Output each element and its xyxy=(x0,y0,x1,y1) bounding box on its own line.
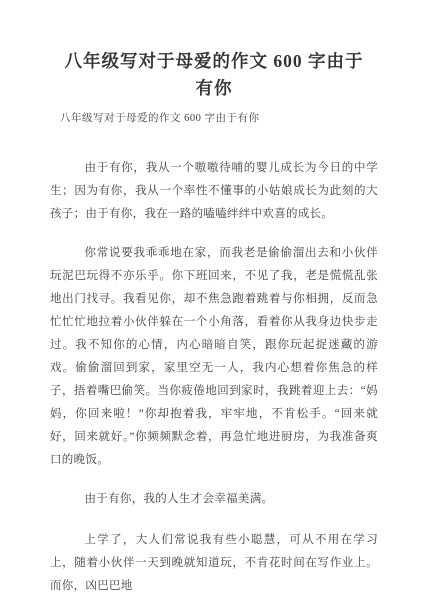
essay-title-line-2: 有你 xyxy=(50,75,378,102)
document-page: 八年级写对于母爱的作文 600 字由于 有你 八年级写对于母爱的作文 600 字… xyxy=(0,0,423,600)
essay-paragraph: 由于有你，我从一个嗷嗷待哺的婴儿成长为今日的中学生；因为有你，我从一个率性不懂事… xyxy=(50,157,378,226)
essay-title: 八年级写对于母爱的作文 600 字由于 有你 xyxy=(50,48,378,102)
essay-subtitle: 八年级写对于母爱的作文 600 字由于有你 xyxy=(50,110,378,125)
essay-paragraph: 上学了，大人们常说我有些小聪慧，可从不用在学习上，随着小伙伴一天到晚就知道玩，不… xyxy=(50,529,378,598)
essay-paragraph: 由于有你，我的人生才会幸福美满。 xyxy=(50,488,378,511)
essay-body: 由于有你，我从一个嗷嗷待哺的婴儿成长为今日的中学生；因为有你，我从一个率性不懂事… xyxy=(50,157,378,598)
essay-paragraph: 你常说要我乖乖地在家，而我老是偷偷溜出去和小伙伴玩泥巴玩得不亦乐乎。你下班回来，… xyxy=(50,242,378,472)
essay-title-line-1: 八年级写对于母爱的作文 600 字由于 xyxy=(50,48,378,75)
